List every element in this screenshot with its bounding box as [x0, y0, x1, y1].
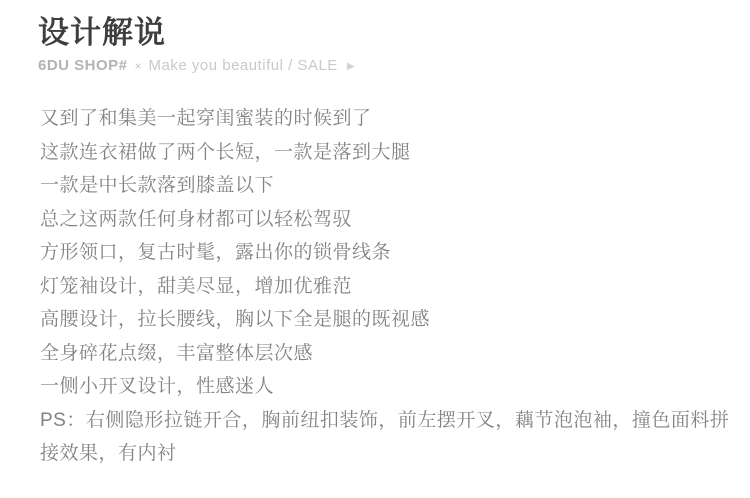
description-line-ps: PS：右侧隐形拉链开合，胸前纽扣装饰，前左摆开叉，藕节泡泡袖，撞色面料拼 [40, 404, 712, 438]
description-line: 一侧小开叉设计，性感迷人 [40, 370, 712, 404]
description-line: 高腰设计，拉长腰线，胸以下全是腿的既视感 [40, 303, 712, 337]
multiply-separator: × [135, 59, 142, 73]
subtitle-row: 6DU SHOP# × Make you beautiful / SALE ▶ [38, 57, 750, 74]
description-text-block: 又到了和集美一起穿闺蜜装的时候到了 这款连衣裙做了两个长短，一款是落到大腿 一款… [40, 102, 712, 471]
page-title: 设计解说 [38, 15, 750, 51]
brand-label: 6DU SHOP# [38, 57, 128, 74]
description-line: 灯笼袖设计，甜美尽显，增加优雅范 [40, 270, 712, 304]
play-arrow-icon: ▶ [347, 60, 355, 72]
description-line: 总之这两款任何身材都可以轻松驾驭 [40, 203, 712, 237]
tagline-label: Make you beautiful / SALE [149, 57, 338, 74]
description-line: 又到了和集美一起穿闺蜜装的时候到了 [40, 102, 712, 136]
description-line: 全身碎花点缀，丰富整体层次感 [40, 337, 712, 371]
description-line-ps-wrap: 接效果，有内衬 [40, 437, 712, 471]
product-description-page: 设计解说 6DU SHOP# × Make you beautiful / SA… [0, 0, 750, 498]
description-line: 这款连衣裙做了两个长短，一款是落到大腿 [40, 136, 712, 170]
section-header: 设计解说 6DU SHOP# × Make you beautiful / SA… [0, 0, 750, 74]
description-line: 一款是中长款落到膝盖以下 [40, 169, 712, 203]
description-line: 方形领口，复古时髦，露出你的锁骨线条 [40, 236, 712, 270]
